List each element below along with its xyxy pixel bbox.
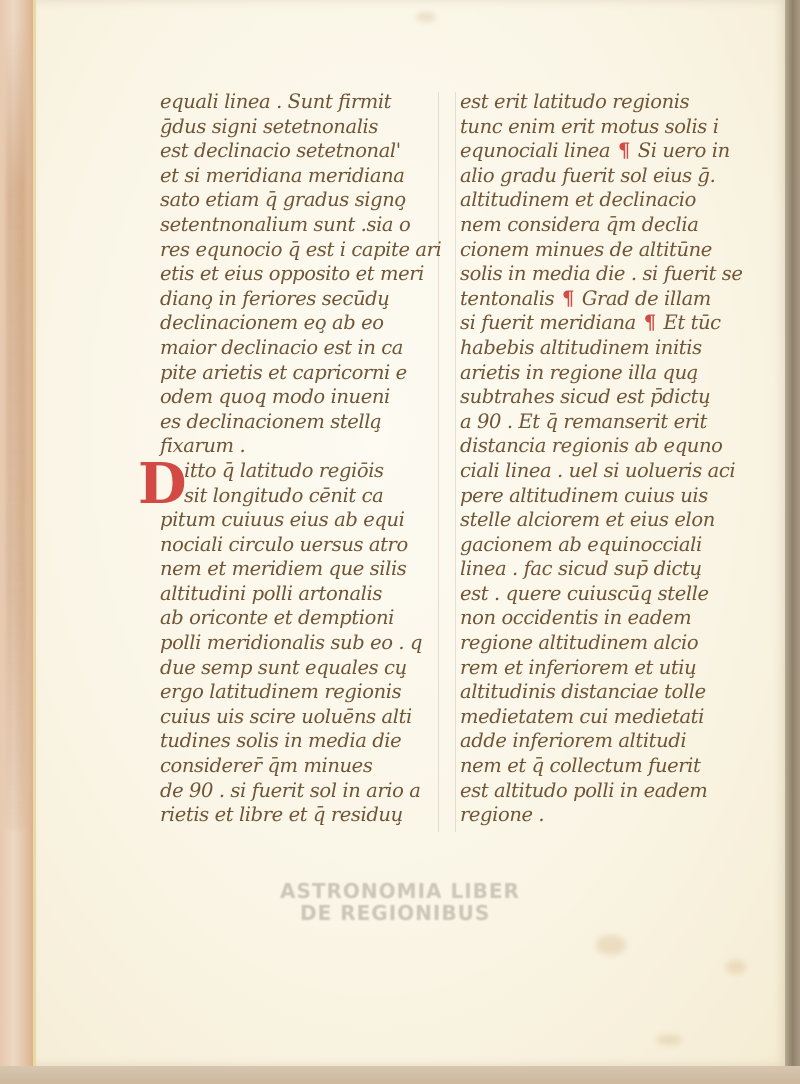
text-line: diano̧ in feriores secūdu̧ <box>160 287 445 312</box>
text-line: regione altitudinem alcio <box>460 631 750 656</box>
text-line: fixarum . <box>160 434 445 459</box>
show-through-line: DE REGIONIBUS <box>280 902 550 924</box>
text-line: altitudinem et declinacio <box>460 188 750 213</box>
text-column-left: equali linea . Sunt firmit ḡdus signi s… <box>160 90 445 828</box>
text-line: declinacionem eo̧ ab eo <box>160 311 445 336</box>
paragraph-mark-icon: ¶ <box>562 287 574 310</box>
foxing-spot <box>416 12 436 22</box>
text-line: considerer̄ q̄m minues <box>160 754 445 779</box>
foxing-spot <box>726 960 746 974</box>
foxing-spot <box>596 935 626 955</box>
text-line: arietis in regione illa qua̧ <box>460 361 750 386</box>
show-through-impression: ASTRONOMIA LIBER DE REGIONIBUS <box>280 880 550 924</box>
text-line: tentonalis ¶ Grad de illam <box>460 287 750 312</box>
text-line: due semp sunt equales cu̧ <box>160 656 445 681</box>
text-line: altitudinis distanciae tolle <box>460 680 750 705</box>
text-line: si fuerit meridiana ¶ Et tūc <box>460 311 750 336</box>
text-column-right: est erit latitudo regionis tunc enim eri… <box>460 90 750 828</box>
text-line: distancia regionis ab equno <box>460 434 750 459</box>
text-line: cuius uis scire uoluēns alti <box>160 705 445 730</box>
text-line: polli meridionalis sub eo . q <box>160 631 445 656</box>
binding-gutter <box>785 0 800 1084</box>
water-stain <box>6 30 26 830</box>
text-line: adde inferiorem altitudi <box>460 729 750 754</box>
ruling-line <box>455 92 456 832</box>
text-line: pite arietis et capricorni e <box>160 361 445 386</box>
text-line: rem et inferiorem et utiu̧ <box>460 656 750 681</box>
text-segment: tentonalis <box>460 287 554 310</box>
foxing-spot <box>656 1035 682 1045</box>
text-line: pere altitudinem cuius uis <box>460 484 750 509</box>
rubricated-initial: D <box>138 459 186 509</box>
text-segment: equnociali linea <box>460 139 610 162</box>
text-line: etis et eius opposito et meri <box>160 262 445 287</box>
text-line: nem et q̄ collectum fuerit <box>460 754 750 779</box>
text-line: est declinacio setetnonal' <box>160 139 445 164</box>
text-line: medietatem cui medietati <box>460 705 750 730</box>
text-line: maior declinacio est in ca <box>160 336 445 361</box>
text-line: tudines solis in media die <box>160 729 445 754</box>
paragraph-mark-icon: ¶ <box>644 311 656 334</box>
text-segment: Si uero in <box>638 139 730 162</box>
paragraph-mark-icon: ¶ <box>618 139 630 162</box>
text-line: nem considera q̄m declia <box>460 213 750 238</box>
text-line: regione . <box>460 803 750 828</box>
text-line: ciali linea . uel si uolueris aci <box>460 459 750 484</box>
text-line: tunc enim erit motus solis i <box>460 115 750 140</box>
text-line: et si meridiana meridiana <box>160 164 445 189</box>
text-line: alio gradu fuerit sol eius ḡ. <box>460 164 750 189</box>
text-line: subtrahes sicud est p̄dictu̧ <box>460 385 750 410</box>
text-line: gacionem ab equinocciali <box>460 533 750 558</box>
text-line: setentnonalium sunt .sia o <box>160 213 445 238</box>
text-line: non occidentis in eadem <box>460 606 750 631</box>
text-line: altitudini polli artonalis <box>160 582 445 607</box>
text-line: equnociali linea ¶ Si uero in <box>460 139 750 164</box>
mount-board-left <box>0 0 34 1084</box>
text-line: ab oriconte et demptioni <box>160 606 445 631</box>
text-line: ḡdus signi setetnonalis <box>160 115 445 140</box>
text-line: odem quoq̧ modo inueni <box>160 385 445 410</box>
mount-board-bottom <box>0 1066 800 1084</box>
text-line: nociali circulo uersus atro <box>160 533 445 558</box>
text-segment: Et tūc <box>664 311 721 334</box>
text-line: rietis et libre et q̄ residuu̧ <box>160 803 445 828</box>
text-line: res equnocio q̄ est i capite ari <box>160 238 445 263</box>
text-line: equali linea . Sunt firmit <box>160 90 445 115</box>
text-line: stelle alciorem et eius elon <box>460 508 750 533</box>
text-line: itto q̄ latitudo regiōis <box>184 459 445 484</box>
text-line: cionem minues de altitūne <box>460 238 750 263</box>
text-line: sit longitudo cēnit ca <box>184 484 445 509</box>
text-segment: si fuerit meridiana <box>460 311 636 334</box>
text-line: solis in media die . si fuerit se <box>460 262 750 287</box>
text-line: est . quere cuiuscūq̧ stelle <box>460 582 750 607</box>
text-segment: Grad de illam <box>582 287 711 310</box>
text-line: habebis altitudinem initis <box>460 336 750 361</box>
text-line: es declinacionem stella̧ <box>160 410 445 435</box>
text-line: nem et meridiem que silis <box>160 557 445 582</box>
text-line: a 90 . Et q̄ remanserit erit <box>460 410 750 435</box>
text-line: est erit latitudo regionis <box>460 90 750 115</box>
text-line: sato etiam q̄ gradus signo̧ <box>160 188 445 213</box>
text-line: de 90 . si fuerit sol in ario a <box>160 779 445 804</box>
text-line: pitum cuiuus eius ab equi <box>160 508 445 533</box>
text-line: linea . fac sicud sup̄ dictu̧ <box>460 557 750 582</box>
text-line: ergo latitudinem regionis <box>160 680 445 705</box>
paragraph-dicto: D itto q̄ latitudo regiōis sit longitud… <box>160 459 445 508</box>
text-line: est altitudo polli in eadem <box>460 779 750 804</box>
show-through-line: ASTRONOMIA LIBER <box>280 880 550 902</box>
